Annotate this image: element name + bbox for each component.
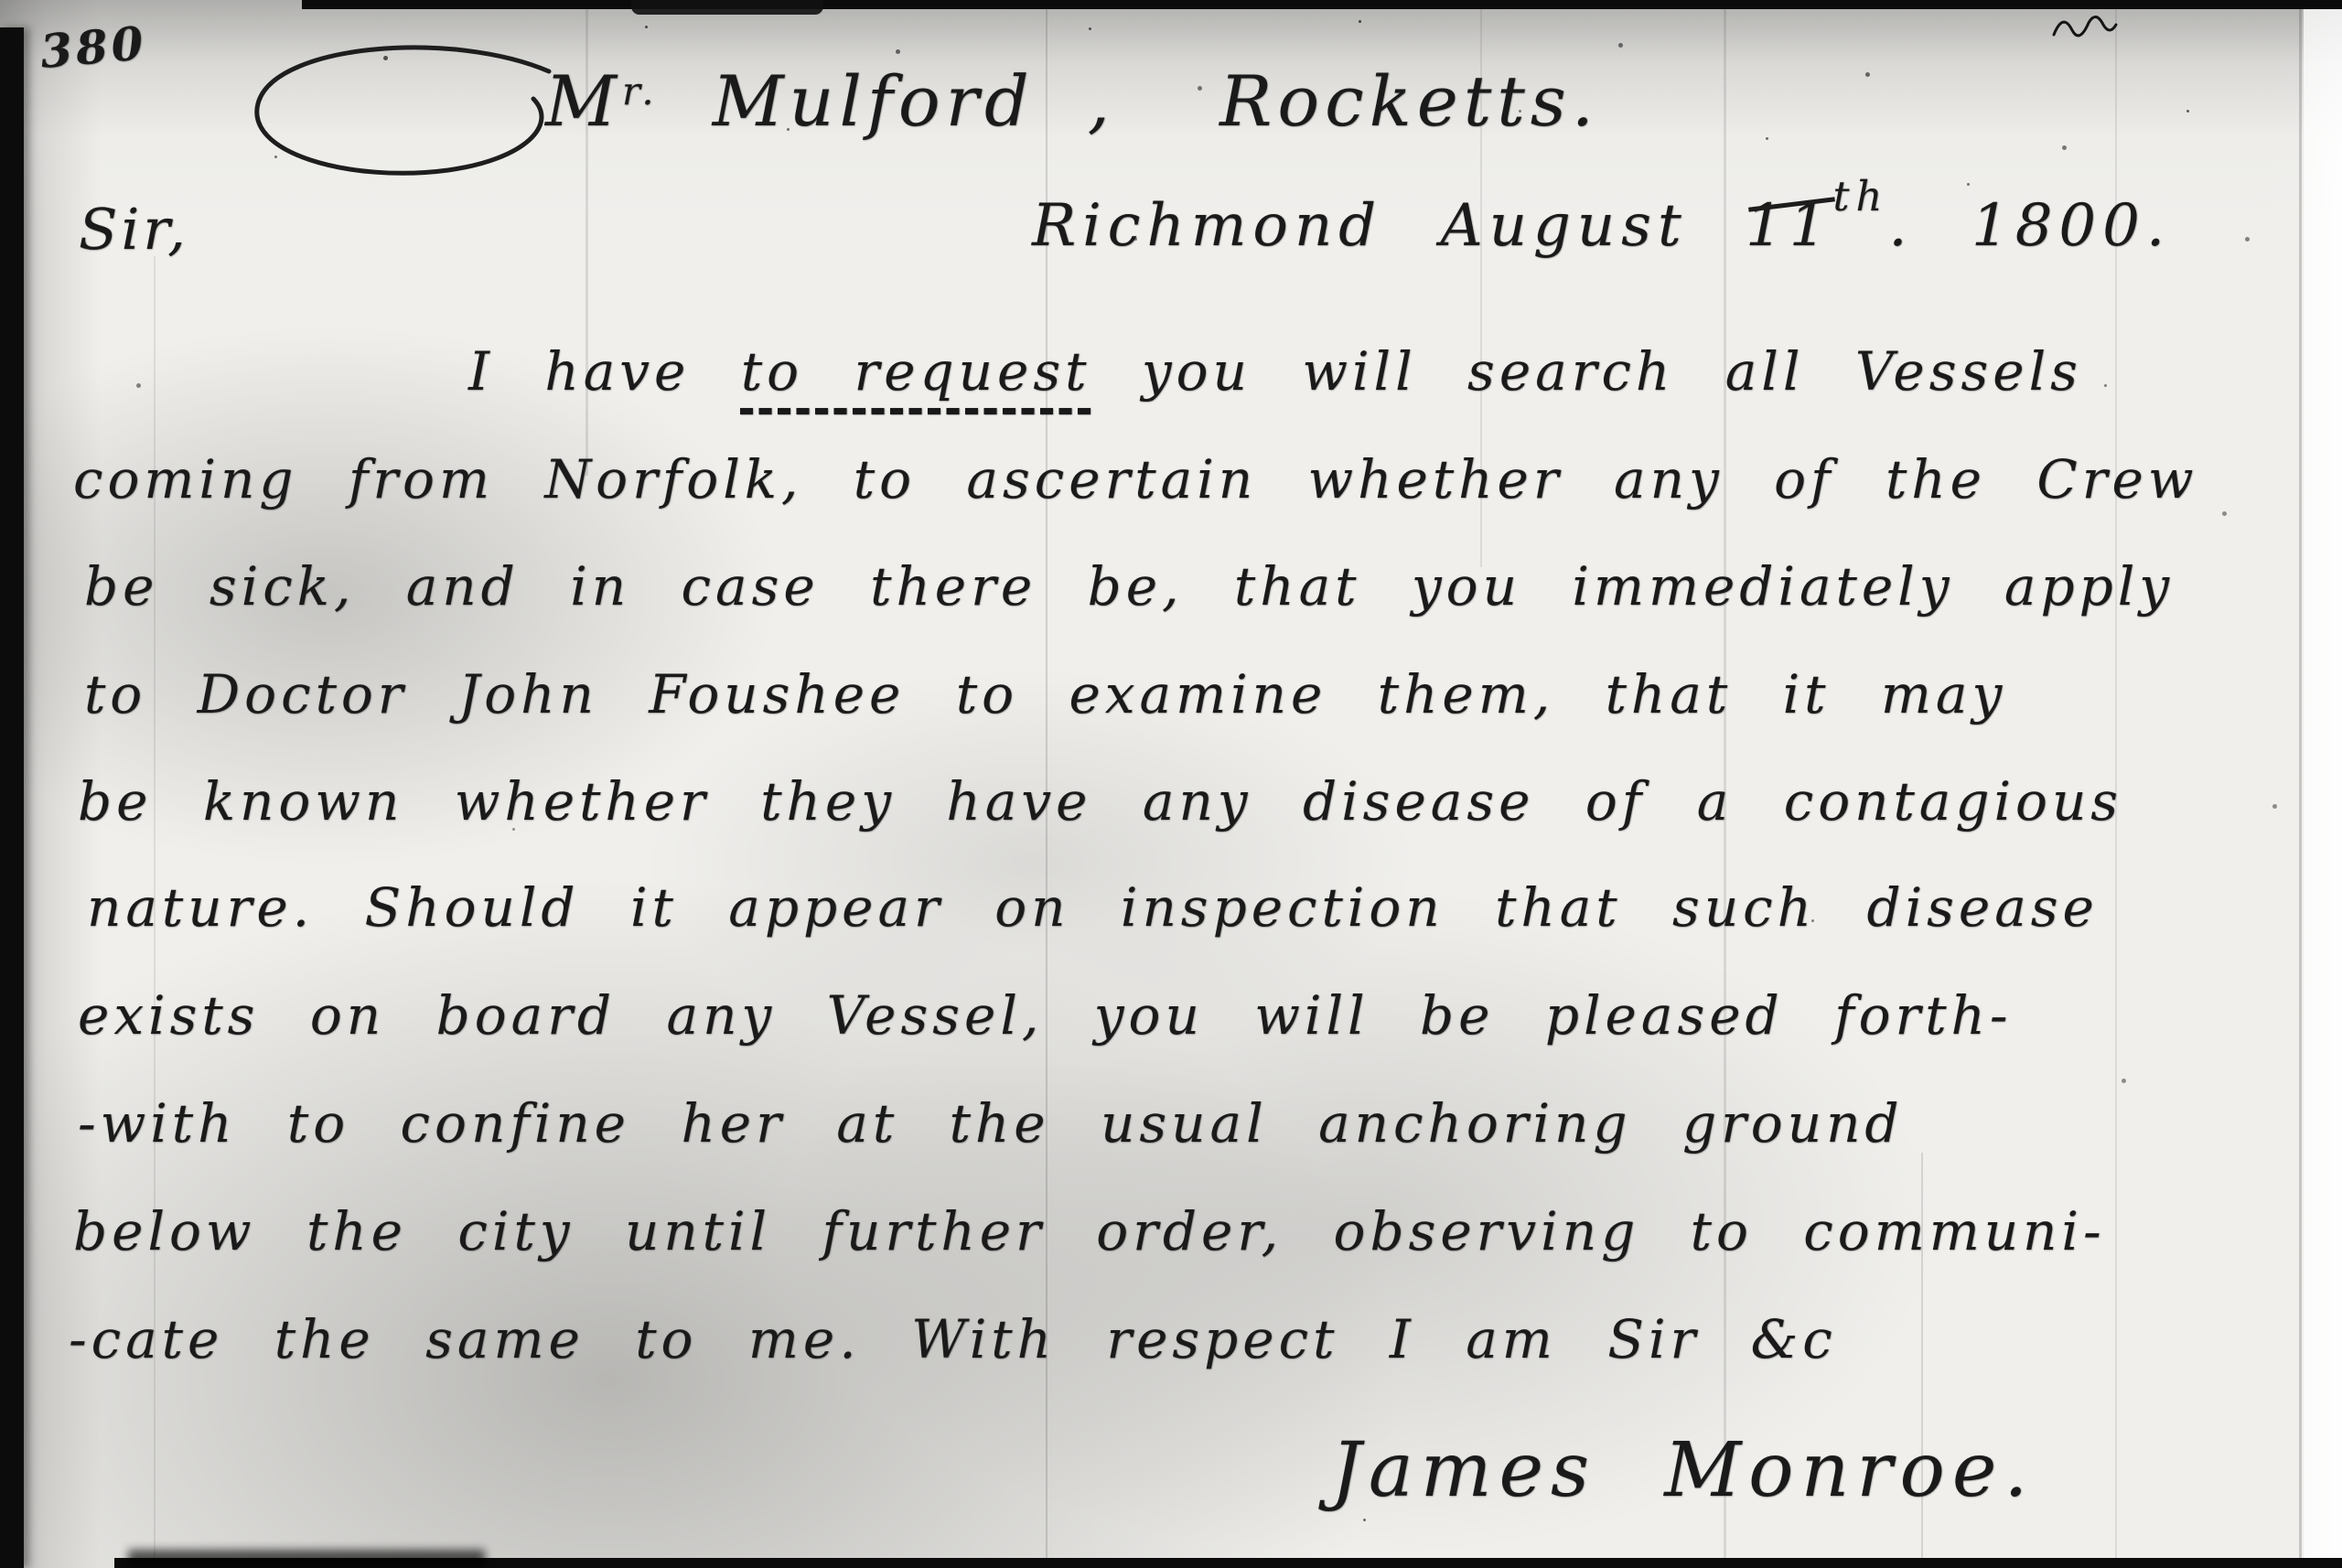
body-line: -cate the same to me. With respect I am … bbox=[69, 1308, 1837, 1370]
opening-pre: I have bbox=[468, 340, 741, 403]
signature: James Monroe. bbox=[1331, 1427, 2036, 1514]
body-line: be sick, and in case there be, that you … bbox=[84, 555, 2174, 618]
addressee-line: Mr. Mulford , Rocketts. bbox=[545, 60, 1599, 142]
body-line: nature. Should it appear on inspection t… bbox=[87, 876, 2099, 939]
opening-underlined-phrase: to request bbox=[741, 340, 1091, 403]
ink-squiggle-mark bbox=[2049, 7, 2132, 44]
addressee-title: M bbox=[545, 60, 622, 142]
date-ordinal-superscript: th bbox=[1832, 172, 1888, 220]
body-line: be known whether they have any disease o… bbox=[78, 770, 2122, 832]
flourish-ornament-icon bbox=[242, 44, 563, 177]
body-line: to Doctor John Foushee to examine them, … bbox=[84, 663, 2006, 725]
scan-edge-left bbox=[0, 27, 24, 1568]
scan-edge-right-line bbox=[2299, 0, 2302, 1568]
body-line: -with to confine her at the usual anchor… bbox=[78, 1092, 1904, 1155]
dateline-year: . 1800. bbox=[1888, 192, 2171, 260]
body-line-opening: I have to request you will search all Ve… bbox=[468, 340, 2082, 403]
salutation: Sir, bbox=[79, 196, 189, 263]
page-number: 380 bbox=[38, 16, 149, 79]
scan-edge-blob bbox=[631, 0, 823, 15]
opening-post: you will search all Vessels bbox=[1090, 340, 2081, 403]
scan-edge-smudge bbox=[128, 1550, 485, 1568]
scan-edge-right-band bbox=[2304, 0, 2342, 1568]
dateline: Richmond August 11th. 1800. bbox=[1032, 192, 2171, 260]
scanned-letter-page: 380 Mr. Mulford , Rocketts. Sir, Richmon… bbox=[0, 0, 2342, 1568]
scan-edge-top bbox=[302, 0, 2342, 9]
body-line: exists on board any Vessel, you will be … bbox=[78, 984, 2012, 1047]
dateline-place-and-day: Richmond August 11 bbox=[1032, 192, 1832, 260]
body-line: coming from Norfolk, to ascertain whethe… bbox=[73, 448, 2197, 510]
scan-speckles bbox=[0, 0, 3, 3]
addressee-name: Mulford , bbox=[713, 60, 1115, 142]
body-line: below the city until further order, obse… bbox=[73, 1200, 2106, 1262]
addressee-title-superscript: r. bbox=[622, 69, 660, 113]
addressee-place: Rocketts. bbox=[1219, 60, 1599, 142]
